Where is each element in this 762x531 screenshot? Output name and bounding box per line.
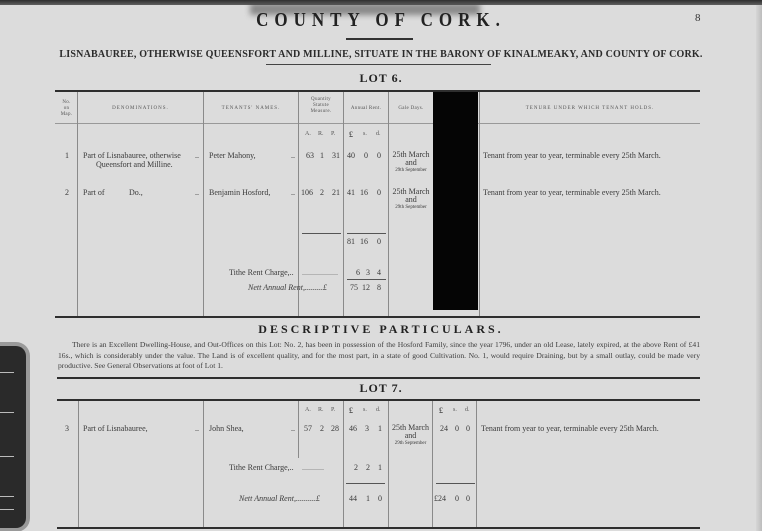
row-3-gale-days: 25th Marchand29th September bbox=[389, 424, 432, 447]
row-3-pounds: 46 bbox=[349, 424, 357, 433]
col-divider bbox=[343, 92, 344, 316]
col-divider bbox=[343, 401, 344, 527]
col-header-gale-days: Gale Days. bbox=[389, 106, 433, 112]
lot-7-unit-pounds: £ bbox=[349, 406, 353, 415]
row-3-pence: 1 bbox=[378, 424, 382, 433]
row-3-tenant-leader: .. bbox=[291, 424, 295, 433]
lot-6-table-top-rule bbox=[55, 90, 700, 92]
row-2-ditto: Do., bbox=[129, 188, 143, 197]
nett-rule bbox=[347, 279, 386, 280]
lot-7-extra-unit-pence: d. bbox=[465, 407, 470, 413]
lot-7-nett-shillings: 1 bbox=[366, 494, 370, 503]
col-divider bbox=[432, 401, 433, 527]
redacted-column bbox=[433, 92, 478, 310]
row-2-tenant-leader: .. bbox=[291, 188, 295, 197]
lot-6-tithe-pounds: 6 bbox=[356, 268, 360, 277]
lot-6-nett-pence: 8 bbox=[377, 283, 381, 292]
row-1-tenure: Tenant from year to year, terminable eve… bbox=[483, 151, 661, 160]
lot-7-nett-extra-pence: 0 bbox=[466, 494, 470, 503]
row-1-denomination: Part of Lisnabauree, otherwise bbox=[83, 151, 181, 160]
row-3-extra-pence: 0 bbox=[466, 424, 470, 433]
lot-6-tithe-dots: .................. bbox=[302, 268, 338, 277]
lot-7-tithe-pounds: 2 bbox=[354, 463, 358, 472]
title-rule bbox=[346, 38, 413, 40]
row-3-extra-pounds: 24 bbox=[440, 424, 448, 433]
lot-7-nett-label: Nett Annual Rent,..........£ bbox=[239, 494, 320, 503]
lot-7-top-rule bbox=[57, 377, 700, 379]
unit-shillings: s. bbox=[363, 131, 367, 137]
lot-7-unit-acres: A. bbox=[305, 407, 311, 413]
lot-6-nett-pounds: 75 bbox=[350, 283, 358, 292]
row-2-gale-days: 25th Marchand29th September bbox=[389, 188, 433, 211]
row-3-extra-shillings: 0 bbox=[455, 424, 459, 433]
unit-roods: R. bbox=[318, 131, 324, 137]
row-3-tenant: John Shea, bbox=[209, 424, 244, 433]
scan-edge-object bbox=[0, 346, 26, 528]
row-1-tenant-leader: .. bbox=[291, 151, 295, 160]
row-2-map-number: 2 bbox=[65, 188, 69, 197]
row-1-roods: 1 bbox=[320, 151, 324, 160]
lot-6-total-pounds: 81 bbox=[347, 237, 355, 246]
row-1-denomination-cont: Queensfort and Milline. bbox=[96, 160, 173, 169]
county-title: COUNTY OF CORK. bbox=[0, 9, 762, 32]
row-2-leader: .. bbox=[195, 188, 199, 197]
unit-pence: d. bbox=[376, 131, 381, 137]
lot-7-unit-pence: d. bbox=[376, 407, 381, 413]
lot-7-unit-perches: P. bbox=[331, 407, 335, 413]
col-divider bbox=[298, 401, 299, 458]
lot-6-heading: LOT 6. bbox=[0, 71, 762, 86]
lot-6-total-shillings: 16 bbox=[360, 237, 368, 246]
descriptive-particulars-title: DESCRIPTIVE PARTICULARS. bbox=[0, 322, 762, 337]
subtitle-rule bbox=[266, 64, 491, 65]
row-2-tenure: Tenant from year to year, terminable eve… bbox=[483, 188, 661, 197]
row-2-shillings: 16 bbox=[360, 188, 368, 197]
unit-acres: A. bbox=[305, 131, 311, 137]
lot-6-header-rule bbox=[55, 123, 700, 124]
lot-6-tithe-pence: 4 bbox=[377, 268, 381, 277]
row-1-pounds: 40 bbox=[347, 151, 355, 160]
row-3-shillings: 3 bbox=[365, 424, 369, 433]
lot-6-nett-label: Nett Annual Rent,.........£ bbox=[248, 283, 327, 292]
row-1-map-number: 1 bbox=[65, 151, 69, 160]
col-header-no-on-map: No.onMap. bbox=[56, 100, 77, 118]
lot-7-tithe-shillings: 2 bbox=[366, 463, 370, 472]
lot-6-nett-shillings: 12 bbox=[362, 283, 370, 292]
descriptive-particulars-text: There is an Excellent Dwelling-House, an… bbox=[58, 340, 700, 372]
row-3-leader: .. bbox=[195, 424, 199, 433]
row-2-pounds: 41 bbox=[347, 188, 355, 197]
row-3-map-number: 3 bbox=[65, 424, 69, 433]
col-header-denominations: DENOMINATIONS. bbox=[78, 106, 203, 112]
row-1-shillings: 0 bbox=[364, 151, 368, 160]
row-3-acres: 57 bbox=[304, 424, 312, 433]
lot-6-total-pence: 0 bbox=[377, 237, 381, 246]
lot-7-nett-pounds: 44 bbox=[349, 494, 357, 503]
col-divider bbox=[77, 92, 78, 316]
row-2-roods: 2 bbox=[320, 188, 324, 197]
row-2-tenant: Benjamin Hosford, bbox=[209, 188, 270, 197]
row-1-perches: 31 bbox=[332, 151, 340, 160]
col-divider bbox=[476, 401, 477, 527]
lot-7-extra-unit-pounds: £ bbox=[439, 406, 443, 415]
row-3-roods: 2 bbox=[320, 424, 324, 433]
quantity-sum-rule bbox=[302, 233, 341, 234]
lot-7-tithe-dots: ........... bbox=[302, 463, 324, 472]
lot-7-tithe-label: Tithe Rent Charge,.. bbox=[229, 463, 294, 472]
lot-6-tithe-label: Tithe Rent Charge,.. bbox=[229, 268, 294, 277]
lot-7-extra-unit-shillings: s. bbox=[453, 407, 457, 413]
lot-7-nett-extra: £24 bbox=[434, 494, 446, 503]
page-number: 8 bbox=[695, 12, 701, 24]
col-header-tenants-names: TENANTS' NAMES. bbox=[204, 106, 298, 112]
row-3-perches: 28 bbox=[331, 424, 339, 433]
col-divider bbox=[203, 401, 204, 527]
row-2-acres: 106 bbox=[301, 188, 313, 197]
col-header-tenure: TENURE UNDER WHICH TENANT HOLDS. bbox=[480, 106, 700, 112]
row-2-denomination: Part of bbox=[83, 188, 105, 197]
col-divider bbox=[479, 92, 480, 316]
col-divider bbox=[78, 401, 79, 527]
row-2-perches: 21 bbox=[332, 188, 340, 197]
row-2-pence: 0 bbox=[377, 188, 381, 197]
lot-7-nett-rule bbox=[346, 483, 385, 484]
unit-pounds: £ bbox=[349, 130, 353, 139]
row-3-tenure: Tenant from year to year, terminable eve… bbox=[481, 424, 659, 433]
lot-7-extra-rule bbox=[436, 483, 475, 484]
lot-6-tithe-shillings: 3 bbox=[366, 268, 370, 277]
col-header-annual-rent: Annual Rent. bbox=[344, 106, 388, 112]
row-1-tenant: Peter Mahony, bbox=[209, 151, 256, 160]
estate-subtitle: LISNABAUREE, OTHERWISE QUEENSFORT AND MI… bbox=[0, 49, 762, 60]
row-1-pence: 0 bbox=[377, 151, 381, 160]
lot-7-tithe-pence: 1 bbox=[378, 463, 382, 472]
lot-7-table-bottom-rule bbox=[57, 527, 700, 529]
col-divider bbox=[203, 92, 204, 316]
col-divider bbox=[388, 401, 389, 527]
rent-sum-rule bbox=[347, 233, 386, 234]
row-1-gale-days: 25th Marchand29th September bbox=[389, 151, 433, 174]
lot-7-table-top-rule bbox=[57, 399, 700, 401]
col-header-quantity: QuantityStatuteMeasure. bbox=[299, 97, 343, 115]
lot-7-unit-shillings: s. bbox=[363, 407, 367, 413]
unit-perches: P. bbox=[331, 131, 335, 137]
row-1-leader: .. bbox=[195, 151, 199, 160]
lot-7-heading: LOT 7. bbox=[0, 381, 762, 396]
row-3-denomination: Part of Lisnabauree, bbox=[83, 424, 148, 433]
lot-7-nett-extra-shillings: 0 bbox=[455, 494, 459, 503]
lot-7-unit-roods: R. bbox=[318, 407, 324, 413]
lot-7-nett-pence: 0 bbox=[378, 494, 382, 503]
lot-6-table-bottom-rule bbox=[55, 316, 700, 318]
row-1-acres: 63 bbox=[306, 151, 314, 160]
